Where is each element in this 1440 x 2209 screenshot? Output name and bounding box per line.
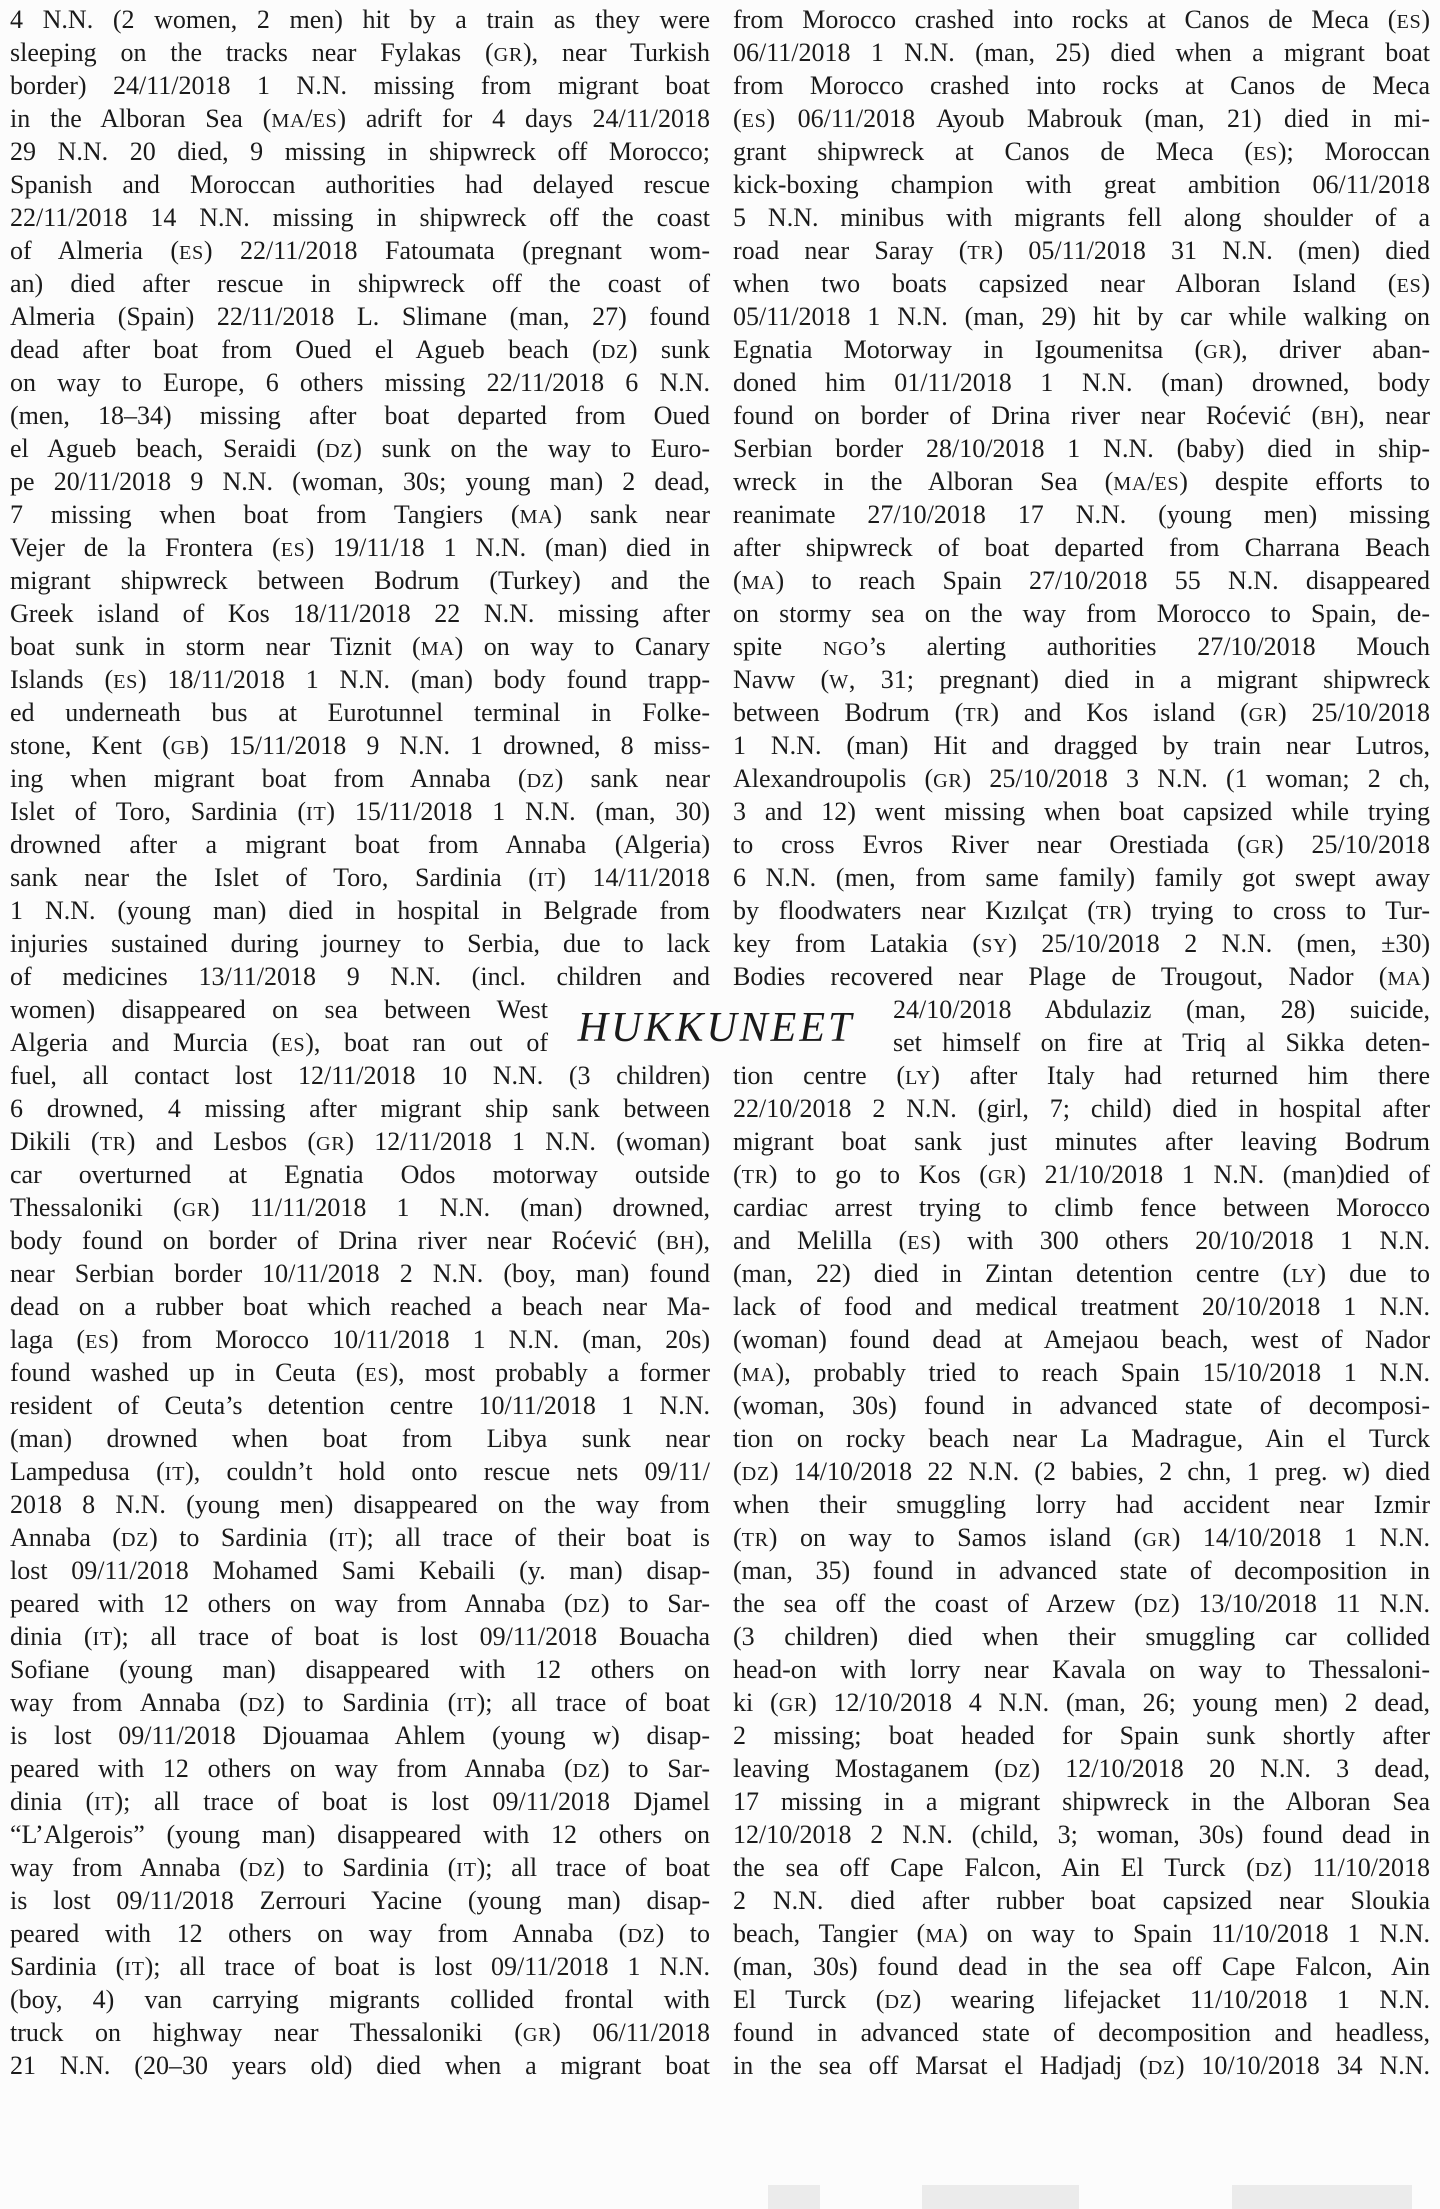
country-code: IT <box>93 1628 113 1650</box>
text-line: 1 N.N. (man) Hit and dragged by train ne… <box>733 729 1430 762</box>
country-code: TR <box>100 1133 127 1155</box>
country-code: DZ <box>573 1595 601 1617</box>
country-code: DZ <box>325 440 353 462</box>
country-code: ES <box>1154 473 1179 495</box>
text-line: in the sea off Marsat el Hadjadj (DZ) 10… <box>733 2049 1430 2082</box>
country-code: MA <box>742 1364 776 1386</box>
country-code: GB <box>171 737 200 759</box>
country-code: ES <box>907 1232 932 1254</box>
text-line: drowned after a migrant boat from Annaba… <box>10 828 710 861</box>
country-code: MA <box>925 1925 959 1947</box>
text-line: by floodwaters near Kızılçat (TR) trying… <box>733 894 1430 927</box>
text-line: 2 N.N. died after rubber boat capsized n… <box>733 1884 1430 1917</box>
country-code: MA <box>742 572 776 594</box>
country-code: SY <box>981 935 1008 957</box>
text-line: kick-boxing champion with great ambition… <box>733 168 1430 201</box>
text-line: (man, 35) found in advanced state of dec… <box>733 1554 1430 1587</box>
country-code: MA <box>421 638 455 660</box>
country-code: ES <box>113 671 138 693</box>
text-line: Annaba (DZ) to Sardinia (IT); all trace … <box>10 1521 710 1554</box>
text-line: tion centre (LY) after Italy had returne… <box>733 1059 1430 1092</box>
country-code: DZ <box>1003 1760 1031 1782</box>
text-line: 22/10/2018 2 N.N. (girl, 7; child) died … <box>733 1092 1430 1125</box>
text-line: 06/11/2018 1 N.N. (man, 25) died when a … <box>733 36 1430 69</box>
country-code: GR <box>494 44 523 66</box>
text-line: key from Latakia (SY) 25/10/2018 2 N.N. … <box>733 927 1430 960</box>
country-code: DZ <box>742 1463 770 1485</box>
text-line: el Agueb beach, Seraidi (DZ) sunk on the… <box>10 432 710 465</box>
text-line: laga (ES) from Morocco 10/11/2018 1 N.N.… <box>10 1323 710 1356</box>
text-line: cardiac arrest trying to climb fence bet… <box>733 1191 1430 1224</box>
country-code: IT <box>306 803 326 825</box>
text-line: (man, 22) died in Zintan detention centr… <box>733 1257 1430 1290</box>
text-line: Vejer de la Frontera (ES) 19/11/18 1 N.N… <box>10 531 710 564</box>
country-code: ES <box>1396 11 1421 33</box>
text-line: head-on with lorry near Kavala on way to… <box>733 1653 1430 1686</box>
country-code: IT <box>165 1463 185 1485</box>
text-line: 12/10/2018 2 N.N. (child, 3; woman, 30s)… <box>733 1818 1430 1851</box>
text-line: dinia (IT); all trace of boat is lost 09… <box>10 1785 710 1818</box>
country-code: MA <box>1387 968 1421 990</box>
text-line: Almeria (Spain) 22/11/2018 L. Slimane (m… <box>10 300 710 333</box>
country-code: DZ <box>601 341 629 363</box>
thumbnail-placeholder-1 <box>768 2185 820 2209</box>
text-line: peared with 12 others on way from Annaba… <box>10 1917 710 1950</box>
text-line: 21 N.N. (20–30 years old) died when a mi… <box>10 2049 710 2082</box>
text-line: is lost 09/11/2018 Zerrouri Yacine (youn… <box>10 1884 710 1917</box>
country-code: IT <box>537 869 557 891</box>
text-line: wreck in the Alboran Sea (MA/ES) despite… <box>733 465 1430 498</box>
text-line: peared with 12 others on way from Annaba… <box>10 1752 710 1785</box>
country-code: TR <box>967 242 994 264</box>
text-line: lost 09/11/2018 Mohamed Sami Kebaili (y.… <box>10 1554 710 1587</box>
text-line: 7 missing when boat from Tangiers (MA) s… <box>10 498 710 531</box>
text-line: Islands (ES) 18/11/2018 1 N.N. (man) bod… <box>10 663 710 696</box>
text-line: the sea off Cape Falcon, Ain El Turck (D… <box>733 1851 1430 1884</box>
text-line: is lost 09/11/2018 Djouamaa Ahlem (young… <box>10 1719 710 1752</box>
text-line: sleeping on the tracks near Fylakas (GR)… <box>10 36 710 69</box>
country-code: GR <box>523 2024 552 2046</box>
text-line: El Turck (DZ) wearing lifejacket 11/10/2… <box>733 1983 1430 2016</box>
text-line: dinia (IT); all trace of boat is lost 09… <box>10 1620 710 1653</box>
country-code: GR <box>988 1166 1017 1188</box>
country-code: DZ <box>573 1760 601 1782</box>
text-line: dead on a rubber boat which reached a be… <box>10 1290 710 1323</box>
document-title: HUKKUNEET <box>566 995 866 1061</box>
text-line: an) died after rescue in shipwreck off t… <box>10 267 710 300</box>
text-line: beach, Tangier (MA) on way to Spain 11/1… <box>733 1917 1430 1950</box>
text-line: 3 and 12) went missing when boat capsize… <box>733 795 1430 828</box>
text-line: Navw (W, 31; pregnant) died in a migrant… <box>733 663 1430 696</box>
text-line: dead after boat from Oued el Agueb beach… <box>10 333 710 366</box>
country-code: ES <box>364 1364 389 1386</box>
text-line: 2 missing; boat headed for Spain sunk sh… <box>733 1719 1430 1752</box>
text-line: Dikili (TR) and Lesbos (GR) 12/11/2018 1… <box>10 1125 710 1158</box>
text-line: border) 24/11/2018 1 N.N. missing from m… <box>10 69 710 102</box>
text-line: (man, 30s) found dead in the sea off Cap… <box>733 1950 1430 1983</box>
text-line: ki (GR) 12/10/2018 4 N.N. (man, 26; youn… <box>733 1686 1430 1719</box>
country-code: GR <box>1246 836 1275 858</box>
country-code: IT <box>94 1793 114 1815</box>
text-line: when two boats capsized near Alboran Isl… <box>733 267 1430 300</box>
country-code: GR <box>316 1133 345 1155</box>
text-line: lack of food and medical treatment 20/10… <box>733 1290 1430 1323</box>
text-line: Thessaloniki (GR) 11/11/2018 1 N.N. (man… <box>10 1191 710 1224</box>
country-code: TR <box>742 1166 769 1188</box>
text-line: pe 20/11/2018 9 N.N. (woman, 30s; young … <box>10 465 710 498</box>
country-code: DZ <box>1148 2057 1176 2079</box>
country-code: ES <box>312 110 337 132</box>
text-line: Egnatia Motorway in Igoumenitsa (GR), dr… <box>733 333 1430 366</box>
country-code: IT <box>124 1958 144 1980</box>
text-line: when their smuggling lorry had accident … <box>733 1488 1430 1521</box>
text-line: truck on highway near Thessaloniki (GR) … <box>10 2016 710 2049</box>
country-code: MA <box>1113 473 1147 495</box>
document-page: { "title": "HUKKUNEET", "theme": { "bg":… <box>0 0 1440 2209</box>
text-line: of Almeria (ES) 22/11/2018 Fatoumata (pr… <box>10 234 710 267</box>
country-code: GR <box>1203 341 1232 363</box>
country-code: LY <box>1291 1265 1317 1287</box>
text-line: migrant shipwreck between Bodrum (Turkey… <box>10 564 710 597</box>
text-line: way from Annaba (DZ) to Sardinia (IT); a… <box>10 1851 710 1884</box>
text-line: fuel, all contact lost 12/11/2018 10 N.N… <box>10 1059 710 1092</box>
text-line: leaving Mostaganem (DZ) 12/10/2018 20 N.… <box>733 1752 1430 1785</box>
country-code: IT <box>338 1529 358 1551</box>
text-line: reanimate 27/10/2018 17 N.N. (young men)… <box>733 498 1430 531</box>
text-line: women) disappeared on sea between West <box>10 993 548 1026</box>
text-line: Sofiane (young man) disappeared with 12 … <box>10 1653 710 1686</box>
text-line: ing when migrant boat from Annaba (DZ) s… <box>10 762 710 795</box>
text-line: tion on rocky beach near La Madrague, Ai… <box>733 1422 1430 1455</box>
country-code: DZ <box>121 1529 149 1551</box>
text-line: and Melilla (ES) with 300 others 20/10/2… <box>733 1224 1430 1257</box>
text-line: (boy, 4) van carrying migrants collided … <box>10 1983 710 2016</box>
thumbnail-placeholder-3 <box>1232 2185 1412 2209</box>
text-line: doned him 01/11/2018 1 N.N. (man) drowne… <box>733 366 1430 399</box>
country-code: ES <box>1253 143 1278 165</box>
country-code: DZ <box>248 1694 276 1716</box>
text-line: 5 N.N. minibus with migrants fell along … <box>733 201 1430 234</box>
country-code: DZ <box>1143 1595 1171 1617</box>
text-line: from Morocco crashed into rocks at Canos… <box>733 69 1430 102</box>
text-line: Sardinia (IT); all trace of boat is lost… <box>10 1950 710 1983</box>
country-code: BH <box>1320 407 1349 429</box>
country-code: ES <box>85 1331 110 1353</box>
text-line: from Morocco crashed into rocks at Canos… <box>733 3 1430 36</box>
country-code: DZ <box>1255 1859 1283 1881</box>
text-line: 29 N.N. 20 died, 9 missing in shipwreck … <box>10 135 710 168</box>
country-code: MA <box>520 506 554 528</box>
text-line: Algeria and Murcia (ES), boat ran out of <box>10 1026 548 1059</box>
text-line: “L’Algerois” (young man) disappeared wit… <box>10 1818 710 1851</box>
text-line: road near Saray (TR) 05/11/2018 31 N.N. … <box>733 234 1430 267</box>
text-line: Spanish and Moroccan authorities had del… <box>10 168 710 201</box>
country-code: DZ <box>627 1925 655 1947</box>
text-line: (ES) 06/11/2018 Ayoub Mabrouk (man, 21) … <box>733 102 1430 135</box>
text-line: the sea off the coast of Arzew (DZ) 13/1… <box>733 1587 1430 1620</box>
text-line: (TR) to go to Kos (GR) 21/10/2018 1 N.N.… <box>733 1158 1430 1191</box>
country-code: TR <box>963 704 990 726</box>
country-code: GR <box>182 1199 211 1221</box>
country-code: NGO <box>823 638 869 660</box>
country-code: GR <box>779 1694 808 1716</box>
text-line: peared with 12 others on way from Annaba… <box>10 1587 710 1620</box>
country-code: ES <box>1396 275 1421 297</box>
text-line: on stormy sea on the way from Morocco to… <box>733 597 1430 630</box>
text-line: resident of Ceuta’s detention centre 10/… <box>10 1389 710 1422</box>
text-line: to cross Evros River near Orestiada (GR)… <box>733 828 1430 861</box>
text-line: of medicines 13/11/2018 9 N.N. (incl. ch… <box>10 960 710 993</box>
text-line: stone, Kent (GB) 15/11/2018 9 N.N. 1 dro… <box>10 729 710 762</box>
country-code: IT <box>456 1859 476 1881</box>
text-line: injuries sustained during journey to Ser… <box>10 927 710 960</box>
text-line: 6 drowned, 4 missing after migrant ship … <box>10 1092 710 1125</box>
text-line: (woman, 30s) found in advanced state of … <box>733 1389 1430 1422</box>
text-line: body found on border of Drina river near… <box>10 1224 710 1257</box>
text-line: sank near the Islet of Toro, Sardinia (I… <box>10 861 710 894</box>
text-line: 17 missing in a migrant shipwreck in the… <box>733 1785 1430 1818</box>
text-line: car overturned at Egnatia Odos motorway … <box>10 1158 710 1191</box>
text-line: (3 children) died when their smuggling c… <box>733 1620 1430 1653</box>
text-line: (TR) on way to Samos island (GR) 14/10/2… <box>733 1521 1430 1554</box>
text-line: (DZ) 14/10/2018 22 N.N. (2 babies, 2 chn… <box>733 1455 1430 1488</box>
text-line: 05/11/2018 1 N.N. (man, 29) hit by car w… <box>733 300 1430 333</box>
text-line: near Serbian border 10/11/2018 2 N.N. (b… <box>10 1257 710 1290</box>
text-line: between Bodrum (TR) and Kos island (GR) … <box>733 696 1430 729</box>
text-line: ed underneath bus at Eurotunnel terminal… <box>10 696 710 729</box>
text-line: Bodies recovered near Plage de Trougout,… <box>733 960 1430 993</box>
text-line: on way to Europe, 6 others missing 22/11… <box>10 366 710 399</box>
country-code: TR <box>742 1529 769 1551</box>
thumbnail-placeholder-2 <box>922 2185 1079 2209</box>
country-code: GR <box>1249 704 1278 726</box>
text-line: Greek island of Kos 18/11/2018 22 N.N. m… <box>10 597 710 630</box>
text-line: spite NGO’s alerting authorities 27/10/2… <box>733 630 1430 663</box>
text-line: (man) drowned when boat from Libya sunk … <box>10 1422 710 1455</box>
text-line: 1 N.N. (young man) died in hospital in B… <box>10 894 710 927</box>
country-code: ES <box>179 242 204 264</box>
country-code: MA <box>271 110 305 132</box>
country-code: ES <box>742 110 767 132</box>
country-code: GR <box>933 770 962 792</box>
text-line: Islet of Toro, Sardinia (IT) 15/11/2018 … <box>10 795 710 828</box>
text-line: after shipwreck of boat departed from Ch… <box>733 531 1430 564</box>
country-code: IT <box>456 1694 476 1716</box>
text-line: Serbian border 28/10/2018 1 N.N. (baby) … <box>733 432 1430 465</box>
country-code: ES <box>280 1034 305 1056</box>
text-line: (woman) found dead at Amejaou beach, wes… <box>733 1323 1430 1356</box>
country-code: LY <box>905 1067 931 1089</box>
country-code: ES <box>281 539 306 561</box>
country-code: DZ <box>884 1991 912 2013</box>
text-line: 2018 8 N.N. (young men) disappeared on t… <box>10 1488 710 1521</box>
text-line: boat sunk in storm near Tiznit (MA) on w… <box>10 630 710 663</box>
text-line: in the Alboran Sea (MA/ES) adrift for 4 … <box>10 102 710 135</box>
country-code: W <box>829 671 849 693</box>
country-code: TR <box>1096 902 1123 924</box>
text-line: 6 N.N. (men, from same family) family go… <box>733 861 1430 894</box>
text-line: (MA) to reach Spain 27/10/2018 55 N.N. d… <box>733 564 1430 597</box>
text-line: migrant boat sank just minutes after lea… <box>733 1125 1430 1158</box>
text-line: found in advanced state of decomposition… <box>733 2016 1430 2049</box>
country-code: DZ <box>248 1859 276 1881</box>
country-code: DZ <box>526 770 554 792</box>
text-line: 4 N.N. (2 women, 2 men) hit by a train a… <box>10 3 710 36</box>
text-line: Lampedusa (IT), couldn’t hold onto rescu… <box>10 1455 710 1488</box>
country-code: GR <box>1142 1529 1171 1551</box>
text-line: grant shipwreck at Canos de Meca (ES); M… <box>733 135 1430 168</box>
country-code: BH <box>665 1232 694 1254</box>
text-line: Alexandroupolis (GR) 25/10/2018 3 N.N. (… <box>733 762 1430 795</box>
text-line: found washed up in Ceuta (ES), most prob… <box>10 1356 710 1389</box>
text-line: (MA), probably tried to reach Spain 15/1… <box>733 1356 1430 1389</box>
text-line: way from Annaba (DZ) to Sardinia (IT); a… <box>10 1686 710 1719</box>
text-line: 22/11/2018 14 N.N. missing in shipwreck … <box>10 201 710 234</box>
text-line: (men, 18–34) missing after boat departed… <box>10 399 710 432</box>
text-line: found on border of Drina river near Roće… <box>733 399 1430 432</box>
